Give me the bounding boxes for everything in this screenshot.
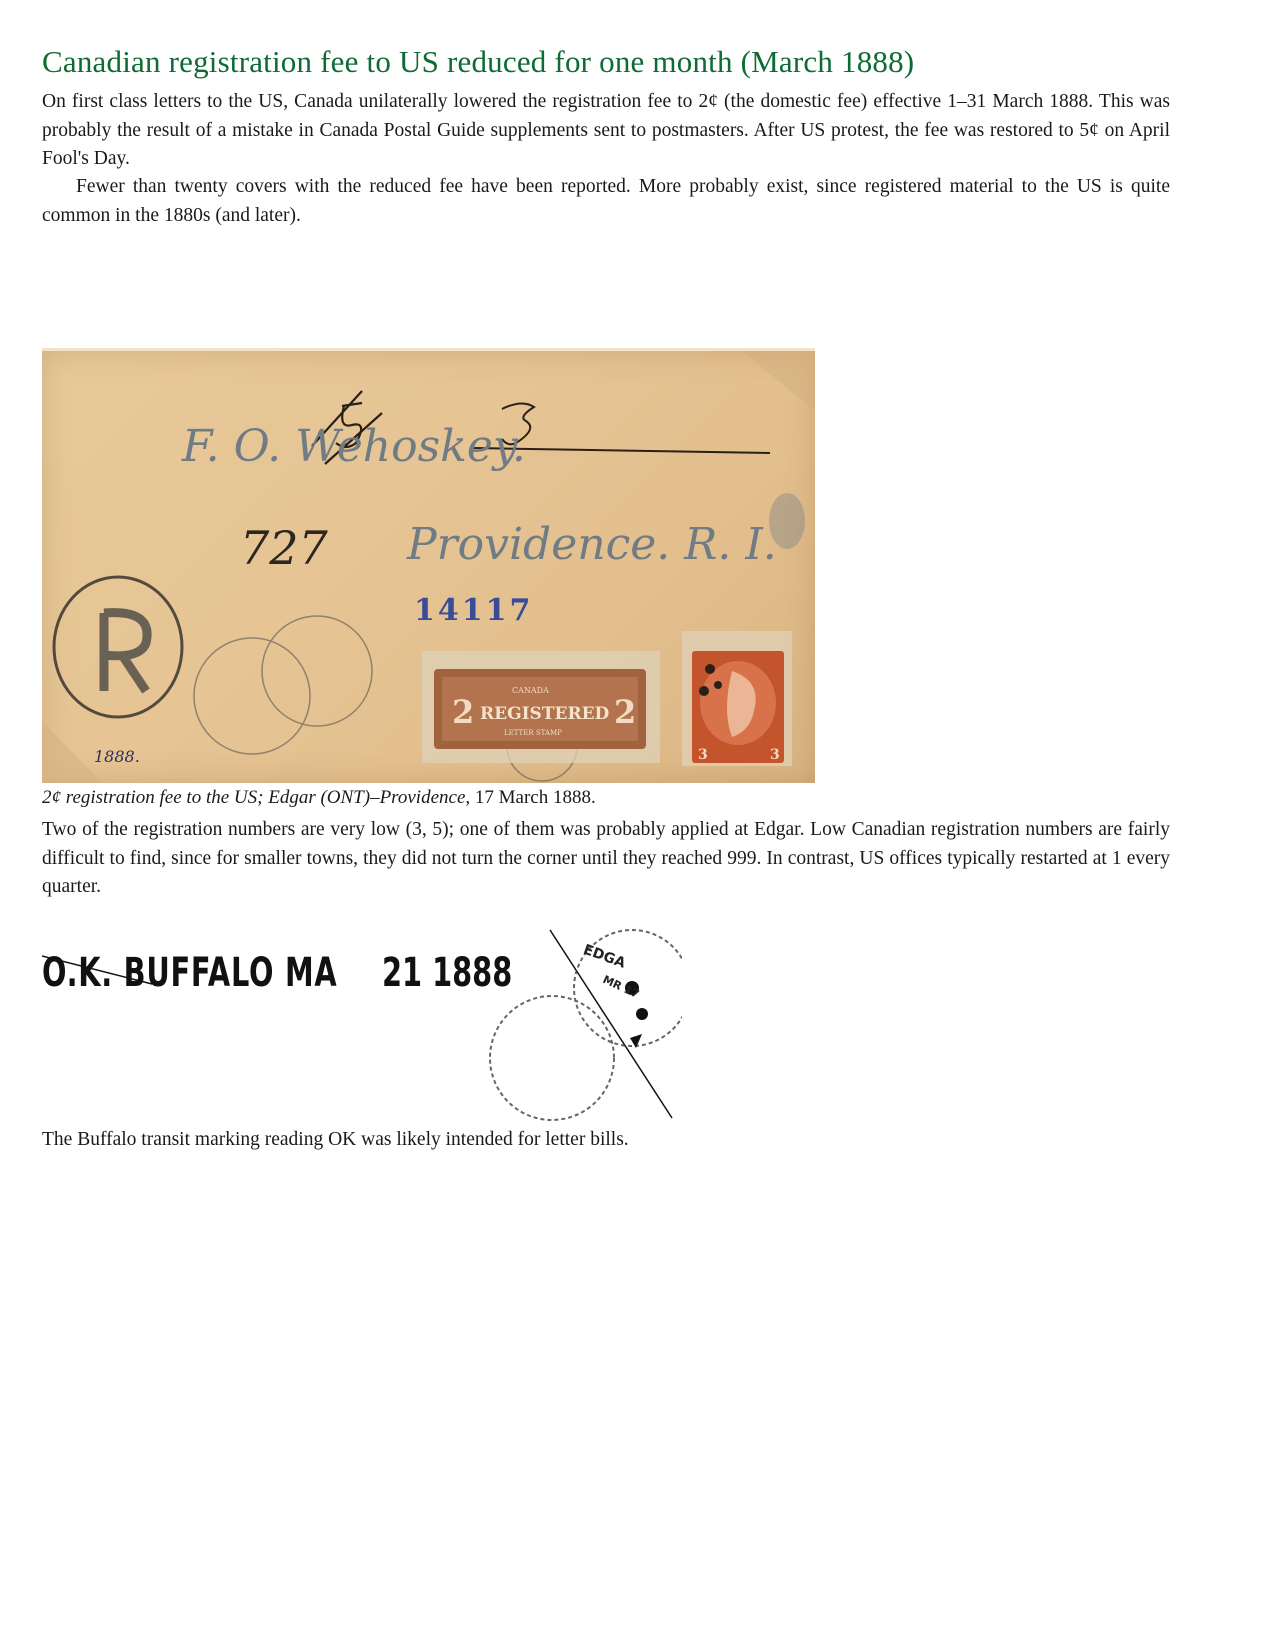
address-street: 727 [240,521,328,575]
r-handstamp [54,577,182,717]
caption-date: 17 March 1888. [475,787,596,808]
body-paragraph-2: Two of the registration numbers are very… [42,816,1170,902]
address-name: F. O. Wehoskey. [182,421,526,472]
cover-image: 2 2 CANADA REGISTERED LETTER STAMP 3 3 F… [42,348,815,783]
small-queen-3c-stamp: 3 3 [682,631,792,766]
page-title: Canadian registration fee to US reduced … [42,44,914,80]
cover-caption: 2¢ registration fee to the US; Edgar (ON… [42,787,596,809]
caption-italic: 2¢ registration fee to the US; Edgar (ON… [42,787,470,808]
svg-text:EDGA: EDGA [581,942,628,972]
registered-2c-stamp: 2 2 CANADA REGISTERED LETTER STAMP [422,651,660,763]
svg-text:MR 17: MR 17 [601,973,641,1001]
svg-text:REGISTERED: REGISTERED [480,704,610,724]
svg-text:3: 3 [698,747,708,763]
svg-text:2: 2 [452,693,474,731]
svg-text:LETTER STAMP: LETTER STAMP [504,729,562,737]
address-city: Providence. R. I. [407,519,777,570]
year-note: 1888. [94,747,140,766]
intro-paragraph-1: On first class letters to the US, Canada… [42,88,1170,174]
intro-paragraph-2: Fewer than twenty covers with the reduce… [42,173,1170,230]
svg-text:3: 3 [770,747,780,763]
svg-text:CANADA: CANADA [512,686,549,695]
svg-text:2: 2 [614,693,636,731]
blue-registration-number: 14117 [414,593,533,628]
footer-note: The Buffalo transit marking reading OK w… [42,1126,1170,1155]
buffalo-marking-image: O.K. BUFFALO MA 21 1888 EDGA MR 17 [42,928,682,1124]
